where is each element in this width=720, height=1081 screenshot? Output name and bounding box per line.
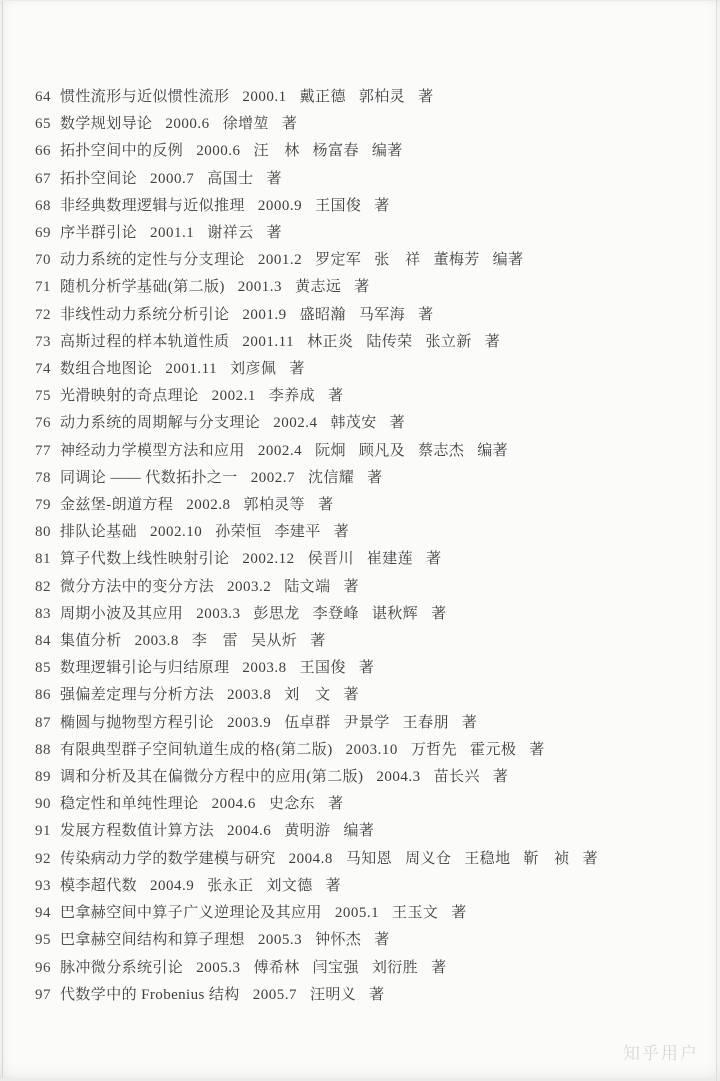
- entry-role: 著: [334, 519, 349, 546]
- entry-title: 数理逻辑引论与归结原理: [60, 655, 229, 682]
- entry-number: 77: [35, 438, 60, 465]
- entry-title: 高斯过程的样本轨道性质: [60, 329, 229, 356]
- author-name: 李建平: [274, 524, 320, 540]
- author-name: 戴正德: [300, 89, 346, 105]
- entry-number: 78: [35, 465, 60, 492]
- entry-date: 2003.8: [227, 682, 271, 709]
- author-name: 刘衍胜: [372, 960, 418, 976]
- entry-date: 2003.8: [242, 655, 286, 682]
- entry-title: 非线性动力系统分析引论: [60, 302, 229, 329]
- entry-date: 2004.6: [212, 791, 256, 818]
- author-name: 靳 祯: [523, 851, 569, 867]
- entry-authors: 阮炯顾凡及蔡志杰: [315, 438, 477, 465]
- entry-title: 巴拿赫空间中算子广义逆理论及其应用: [60, 900, 322, 927]
- book-entry-row: 68 非经典数理逻辑与近似推理 2000.9 王国俊 著: [35, 193, 702, 220]
- entry-number: 64: [35, 84, 60, 111]
- book-entry-row: 72 非线性动力系统分析引论 2001.9 盛昭瀚马军海 著: [35, 302, 702, 329]
- book-entry-row: 97 代数学中的 Frobenius 结构 2005.7 汪明义 著: [35, 982, 702, 1009]
- author-name: 孙荣恒: [215, 524, 261, 540]
- book-entry-row: 93 模李超代数 2004.9 张永正刘文德 著: [35, 873, 702, 900]
- book-entry-row: 78 同调论 —— 代数拓扑之一 2002.7 沈信耀 著: [35, 465, 702, 492]
- entry-role: 编著: [372, 138, 403, 165]
- entry-number: 90: [35, 791, 60, 818]
- entry-number: 95: [35, 927, 60, 954]
- entry-number: 75: [35, 383, 60, 410]
- entry-number: 71: [35, 274, 60, 301]
- entry-date: 2003.9: [227, 710, 271, 737]
- author-name: 董梅芳: [433, 252, 479, 268]
- entry-date: 2002.4: [273, 410, 317, 437]
- author-name: 韩茂安: [330, 415, 376, 431]
- entry-authors: 王国俊: [315, 193, 374, 220]
- entry-role: 著: [426, 546, 441, 573]
- book-entry-row: 76 动力系统的周期解与分支理论 2002.4 韩茂安 著: [35, 410, 702, 437]
- entry-authors: 沈信耀: [308, 465, 367, 492]
- entry-title: 拓扑空间论: [60, 166, 137, 193]
- book-list: 64 惯性流形与近似惯性流形 2000.1 戴正德郭柏灵 著 65 数学规划导论…: [35, 84, 702, 1009]
- entry-authors: 王国俊: [300, 655, 359, 682]
- book-entry-row: 90 稳定性和单纯性理论 2004.6 史念东 著: [35, 791, 702, 818]
- entry-authors: 侯晋川崔建莲: [308, 546, 426, 573]
- entry-authors: 李 雷吴从炘: [192, 628, 310, 655]
- entry-role: 编著: [477, 438, 508, 465]
- entry-title: 有限典型群子空间轨道生成的格(第二版): [60, 737, 333, 764]
- entry-date: 2002.4: [258, 438, 302, 465]
- author-name: 张 祥: [374, 252, 420, 268]
- entry-role: 著: [418, 302, 433, 329]
- entry-authors: 陆文端: [284, 574, 343, 601]
- entry-number: 76: [35, 410, 60, 437]
- entry-role: 著: [354, 274, 369, 301]
- entry-authors: 张永正刘文德: [207, 873, 325, 900]
- entry-authors: 高国士: [207, 166, 266, 193]
- entry-title: 排队论基础: [60, 519, 137, 546]
- author-name: 王玉文: [392, 905, 438, 921]
- entry-authors: 韩茂安: [330, 410, 389, 437]
- book-entry-row: 66 拓扑空间中的反例 2000.6 汪 林杨富春 编著: [35, 138, 702, 165]
- entry-title: 集值分析: [60, 628, 122, 655]
- author-name: 顾凡及: [359, 443, 405, 459]
- entry-title: 神经动力学模型方法和应用: [60, 438, 245, 465]
- entry-number: 73: [35, 329, 60, 356]
- entry-role: 著: [418, 84, 433, 111]
- author-name: 周义仓: [405, 851, 451, 867]
- entry-number: 72: [35, 302, 60, 329]
- entry-authors: 苗长兴: [434, 764, 493, 791]
- entry-title: 金兹堡-朗道方程: [60, 492, 173, 519]
- author-name: 侯晋川: [308, 551, 354, 567]
- book-entry-row: 91 发展方程数值计算方法 2004.6 黄明游 编著: [35, 818, 702, 845]
- author-name: 盛昭瀚: [300, 307, 346, 323]
- entry-number: 79: [35, 492, 60, 519]
- author-name: 崔建莲: [367, 551, 413, 567]
- entry-title: 惯性流形与近似惯性流形: [60, 84, 229, 111]
- author-name: 徐增堃: [223, 116, 269, 132]
- book-entry-row: 64 惯性流形与近似惯性流形 2000.1 戴正德郭柏灵 著: [35, 84, 702, 111]
- author-name: 汪 林: [253, 143, 299, 159]
- entry-role: 著: [282, 111, 297, 138]
- entry-role: 著: [583, 846, 598, 873]
- author-name: 蔡志杰: [418, 443, 464, 459]
- book-entry-row: 84 集值分析 2003.8 李 雷吴从炘 著: [35, 628, 702, 655]
- entry-authors: 万哲先霍元极: [411, 737, 529, 764]
- entry-date: 2002.7: [251, 465, 295, 492]
- entry-title: 拓扑空间中的反例: [60, 138, 183, 165]
- entry-title: 强偏差定理与分析方法: [60, 682, 214, 709]
- entry-role: 著: [343, 574, 358, 601]
- book-entry-row: 96 脉冲微分系统引论 2005.3 傅希林闫宝强刘衍胜 著: [35, 955, 702, 982]
- entry-role: 著: [266, 166, 281, 193]
- entry-role: 编著: [343, 818, 374, 845]
- entry-date: 2000.6: [196, 138, 240, 165]
- book-entry-row: 73 高斯过程的样本轨道性质 2001.11 林正炎陆传荣张立新 著: [35, 329, 702, 356]
- author-name: 王春朋: [403, 715, 449, 731]
- entry-authors: 马知恩周义仓王稳地靳 祯: [346, 846, 583, 873]
- book-entry-row: 75 光滑映射的奇点理论 2002.1 李养成 著: [35, 383, 702, 410]
- author-name: 张永正: [207, 878, 253, 894]
- entry-number: 94: [35, 900, 60, 927]
- entry-authors: 刘彦佩: [230, 356, 289, 383]
- entry-number: 70: [35, 247, 60, 274]
- entry-title: 序半群引论: [60, 220, 137, 247]
- author-name: 刘 文: [284, 687, 330, 703]
- entry-number: 80: [35, 519, 60, 546]
- book-entry-row: 92 传染病动力学的数学建模与研究 2004.8 马知恩周义仓王稳地靳 祯 著: [35, 846, 702, 873]
- author-name: 张立新: [426, 334, 472, 350]
- entry-date: 2003.3: [196, 601, 240, 628]
- entry-number: 91: [35, 818, 60, 845]
- entry-authors: 罗定军张 祥董梅芳: [315, 247, 493, 274]
- author-name: 李养成: [269, 388, 315, 404]
- entry-role: 著: [431, 955, 446, 982]
- entry-role: 著: [266, 220, 281, 247]
- book-entry-row: 67 拓扑空间论 2000.7 高国士 著: [35, 166, 702, 193]
- author-name: 马知恩: [346, 851, 392, 867]
- book-entry-row: 95 巴拿赫空间结构和算子理想 2005.3 钟怀杰 著: [35, 927, 702, 954]
- entry-role: 著: [431, 601, 446, 628]
- author-name: 谢祥云: [207, 225, 253, 241]
- entry-authors: 钟怀杰: [315, 927, 374, 954]
- author-name: 林正炎: [307, 334, 353, 350]
- author-name: 黄明游: [284, 823, 330, 839]
- entry-authors: 戴正德郭柏灵: [300, 84, 418, 111]
- entry-role: 著: [462, 710, 477, 737]
- author-name: 彭思龙: [253, 606, 299, 622]
- entry-title: 稳定性和单纯性理论: [60, 791, 199, 818]
- author-name: 尹景学: [343, 715, 389, 731]
- book-entry-row: 69 序半群引论 2001.1 谢祥云 著: [35, 220, 702, 247]
- entry-authors: 黄志远: [295, 274, 354, 301]
- author-name: 王稳地: [464, 851, 510, 867]
- entry-role: 著: [529, 737, 544, 764]
- entry-date: 2000.1: [242, 84, 286, 111]
- entry-role: 著: [374, 193, 389, 220]
- entry-authors: 李养成: [269, 383, 328, 410]
- entry-number: 92: [35, 846, 60, 873]
- entry-date: 2004.6: [227, 818, 271, 845]
- book-entry-row: 83 周期小波及其应用 2003.3 彭思龙李登峰谌秋辉 著: [35, 601, 702, 628]
- book-entry-row: 74 数组合地图论 2001.11 刘彦佩 著: [35, 356, 702, 383]
- entry-authors: 王玉文: [392, 900, 451, 927]
- book-entry-row: 77 神经动力学模型方法和应用 2002.4 阮炯顾凡及蔡志杰 编著: [35, 438, 702, 465]
- entry-authors: 史念东: [269, 791, 328, 818]
- entry-number: 69: [35, 220, 60, 247]
- entry-role: 著: [328, 383, 343, 410]
- entry-role: 著: [328, 791, 343, 818]
- entry-number: 88: [35, 737, 60, 764]
- entry-title: 微分方法中的变分方法: [60, 574, 214, 601]
- entry-title: 数组合地图论: [60, 356, 152, 383]
- author-name: 高国士: [207, 171, 253, 187]
- author-name: 王国俊: [300, 660, 346, 676]
- entry-authors: 傅希林闫宝强刘衍胜: [253, 955, 431, 982]
- entry-number: 67: [35, 166, 60, 193]
- entry-role: 著: [451, 900, 466, 927]
- entry-date: 2003.8: [135, 628, 179, 655]
- author-name: 史念东: [269, 796, 315, 812]
- entry-title: 动力系统的周期解与分支理论: [60, 410, 260, 437]
- zhihu-user-watermark: 知乎用户: [623, 1039, 699, 1064]
- entry-role: 著: [390, 410, 405, 437]
- entry-number: 84: [35, 628, 60, 655]
- entry-date: 2001.11: [165, 356, 217, 383]
- entry-title: 调和分析及其在偏微分方程中的应用(第二版): [60, 764, 363, 791]
- entry-date: 2005.7: [253, 982, 297, 1009]
- entry-number: 83: [35, 601, 60, 628]
- entry-authors: 汪 林杨富春: [253, 138, 371, 165]
- entry-number: 86: [35, 682, 60, 709]
- entry-authors: 郭柏灵等: [243, 492, 318, 519]
- entry-authors: 林正炎陆传荣张立新: [307, 329, 485, 356]
- entry-date: 2001.2: [258, 247, 302, 274]
- book-entry-row: 80 排队论基础 2002.10 孙荣恒李建平 著: [35, 519, 702, 546]
- author-name: 霍元极: [470, 742, 516, 758]
- entry-date: 2004.3: [376, 764, 420, 791]
- entry-number: 85: [35, 655, 60, 682]
- book-entry-row: 71 随机分析学基础(第二版) 2001.3 黄志远 著: [35, 274, 702, 301]
- entry-title: 动力系统的定性与分支理论: [60, 247, 245, 274]
- entry-date: 2000.7: [150, 166, 194, 193]
- book-entry-row: 85 数理逻辑引论与归结原理 2003.8 王国俊 著: [35, 655, 702, 682]
- author-name: 陆文端: [284, 579, 330, 595]
- author-name: 沈信耀: [308, 470, 354, 486]
- entry-role: 著: [369, 982, 384, 1009]
- entry-date: 2005.3: [196, 955, 240, 982]
- entry-authors: 伍卓群尹景学王春朋: [284, 710, 462, 737]
- author-name: 阮炯: [315, 443, 346, 459]
- entry-role: 著: [367, 465, 382, 492]
- entry-title: 传染病动力学的数学建模与研究: [60, 846, 276, 873]
- author-name: 万哲先: [411, 742, 457, 758]
- entry-number: 93: [35, 873, 60, 900]
- author-name: 谌秋辉: [372, 606, 418, 622]
- entry-role: 著: [310, 628, 325, 655]
- entry-title: 脉冲微分系统引论: [60, 955, 183, 982]
- entry-title: 算子代数上线性映射引论: [60, 546, 229, 573]
- entry-number: 81: [35, 546, 60, 573]
- entry-date: 2002.10: [150, 519, 202, 546]
- entry-date: 2001.11: [242, 329, 294, 356]
- entry-date: 2005.1: [335, 900, 379, 927]
- entry-role: 著: [343, 682, 358, 709]
- entry-date: 2002.1: [212, 383, 256, 410]
- entry-title: 数学规划导论: [60, 111, 152, 138]
- book-entry-row: 94 巴拿赫空间中算子广义逆理论及其应用 2005.1 王玉文 著: [35, 900, 702, 927]
- entry-date: 2004.8: [289, 846, 333, 873]
- entry-authors: 徐增堃: [223, 111, 282, 138]
- author-name: 吴从炘: [251, 633, 297, 649]
- book-entry-row: 82 微分方法中的变分方法 2003.2 陆文端 著: [35, 574, 702, 601]
- entry-number: 97: [35, 982, 60, 1009]
- book-entry-row: 70 动力系统的定性与分支理论 2001.2 罗定军张 祥董梅芳 编著: [35, 247, 702, 274]
- entry-number: 96: [35, 955, 60, 982]
- book-entry-row: 81 算子代数上线性映射引论 2002.12 侯晋川崔建莲 著: [35, 546, 702, 573]
- entry-role: 著: [485, 329, 500, 356]
- entry-role: 著: [359, 655, 374, 682]
- entry-title: 发展方程数值计算方法: [60, 818, 214, 845]
- entry-role: 著: [493, 764, 508, 791]
- entry-date: 2000.9: [258, 193, 302, 220]
- entry-role: 著: [326, 873, 341, 900]
- author-name: 郭柏灵等: [243, 497, 305, 513]
- entry-date: 2002.8: [186, 492, 230, 519]
- entry-title: 模李超代数: [60, 873, 137, 900]
- entry-title: 非经典数理逻辑与近似推理: [60, 193, 245, 220]
- book-entry-row: 88 有限典型群子空间轨道生成的格(第二版) 2003.10 万哲先霍元极 著: [35, 737, 702, 764]
- author-name: 钟怀杰: [315, 932, 361, 948]
- entry-authors: 汪明义: [310, 982, 369, 1009]
- entry-title: 周期小波及其应用: [60, 601, 183, 628]
- author-name: 王国俊: [315, 198, 361, 214]
- entry-role: 著: [289, 356, 304, 383]
- entry-date: 2004.9: [150, 873, 194, 900]
- book-entry-row: 89 调和分析及其在偏微分方程中的应用(第二版) 2004.3 苗长兴 著: [35, 764, 702, 791]
- author-name: 闫宝强: [313, 960, 359, 976]
- entry-title: 巴拿赫空间结构和算子理想: [60, 927, 245, 954]
- entry-authors: 黄明游: [284, 818, 343, 845]
- entry-number: 87: [35, 710, 60, 737]
- author-name: 刘文德: [266, 878, 312, 894]
- entry-date: 2000.6: [165, 111, 209, 138]
- entry-authors: 刘 文: [284, 682, 343, 709]
- entry-title: 椭圆与抛物型方程引论: [60, 710, 214, 737]
- entry-number: 89: [35, 764, 60, 791]
- author-name: 陆传荣: [366, 334, 412, 350]
- entry-date: 2003.10: [346, 737, 398, 764]
- entry-date: 2001.9: [242, 302, 286, 329]
- entry-title: 代数学中的 Frobenius 结构: [60, 982, 240, 1009]
- entry-role: 著: [374, 927, 389, 954]
- author-name: 汪明义: [310, 987, 356, 1003]
- entry-authors: 彭思龙李登峰谌秋辉: [253, 601, 431, 628]
- entry-date: 2001.3: [238, 274, 282, 301]
- scanned-book-page: 64 惯性流形与近似惯性流形 2000.1 戴正德郭柏灵 著 65 数学规划导论…: [0, 0, 720, 1081]
- entry-number: 65: [35, 111, 60, 138]
- author-name: 李登峰: [313, 606, 359, 622]
- entry-title: 光滑映射的奇点理论: [60, 383, 199, 410]
- author-name: 苗长兴: [434, 769, 480, 785]
- author-name: 罗定军: [315, 252, 361, 268]
- author-name: 伍卓群: [284, 715, 330, 731]
- author-name: 刘彦佩: [230, 361, 276, 377]
- entry-role: 编著: [493, 247, 524, 274]
- entry-date: 2005.3: [258, 927, 302, 954]
- entry-authors: 孙荣恒李建平: [215, 519, 333, 546]
- entry-title: 同调论 —— 代数拓扑之一: [60, 465, 238, 492]
- entry-authors: 谢祥云: [207, 220, 266, 247]
- entry-authors: 盛昭瀚马军海: [300, 302, 418, 329]
- book-entry-row: 65 数学规划导论 2000.6 徐增堃 著: [35, 111, 702, 138]
- entry-date: 2003.2: [227, 574, 271, 601]
- entry-number: 66: [35, 138, 60, 165]
- entry-number: 74: [35, 356, 60, 383]
- entry-title: 随机分析学基础(第二版): [60, 274, 225, 301]
- author-name: 黄志远: [295, 279, 341, 295]
- author-name: 郭柏灵: [359, 89, 405, 105]
- page-top-edge: [0, 0, 720, 1]
- author-name: 马军海: [359, 307, 405, 323]
- book-entry-row: 87 椭圆与抛物型方程引论 2003.9 伍卓群尹景学王春朋 著: [35, 710, 702, 737]
- entry-role: 著: [318, 492, 333, 519]
- entry-number: 68: [35, 193, 60, 220]
- author-name: 李 雷: [192, 633, 238, 649]
- entry-date: 2001.1: [150, 220, 194, 247]
- author-name: 杨富春: [313, 143, 359, 159]
- entry-number: 82: [35, 574, 60, 601]
- entry-date: 2002.12: [242, 546, 294, 573]
- author-name: 傅希林: [253, 960, 299, 976]
- book-entry-row: 79 金兹堡-朗道方程 2002.8 郭柏灵等 著: [35, 492, 702, 519]
- book-entry-row: 86 强偏差定理与分析方法 2003.8 刘 文 著: [35, 682, 702, 709]
